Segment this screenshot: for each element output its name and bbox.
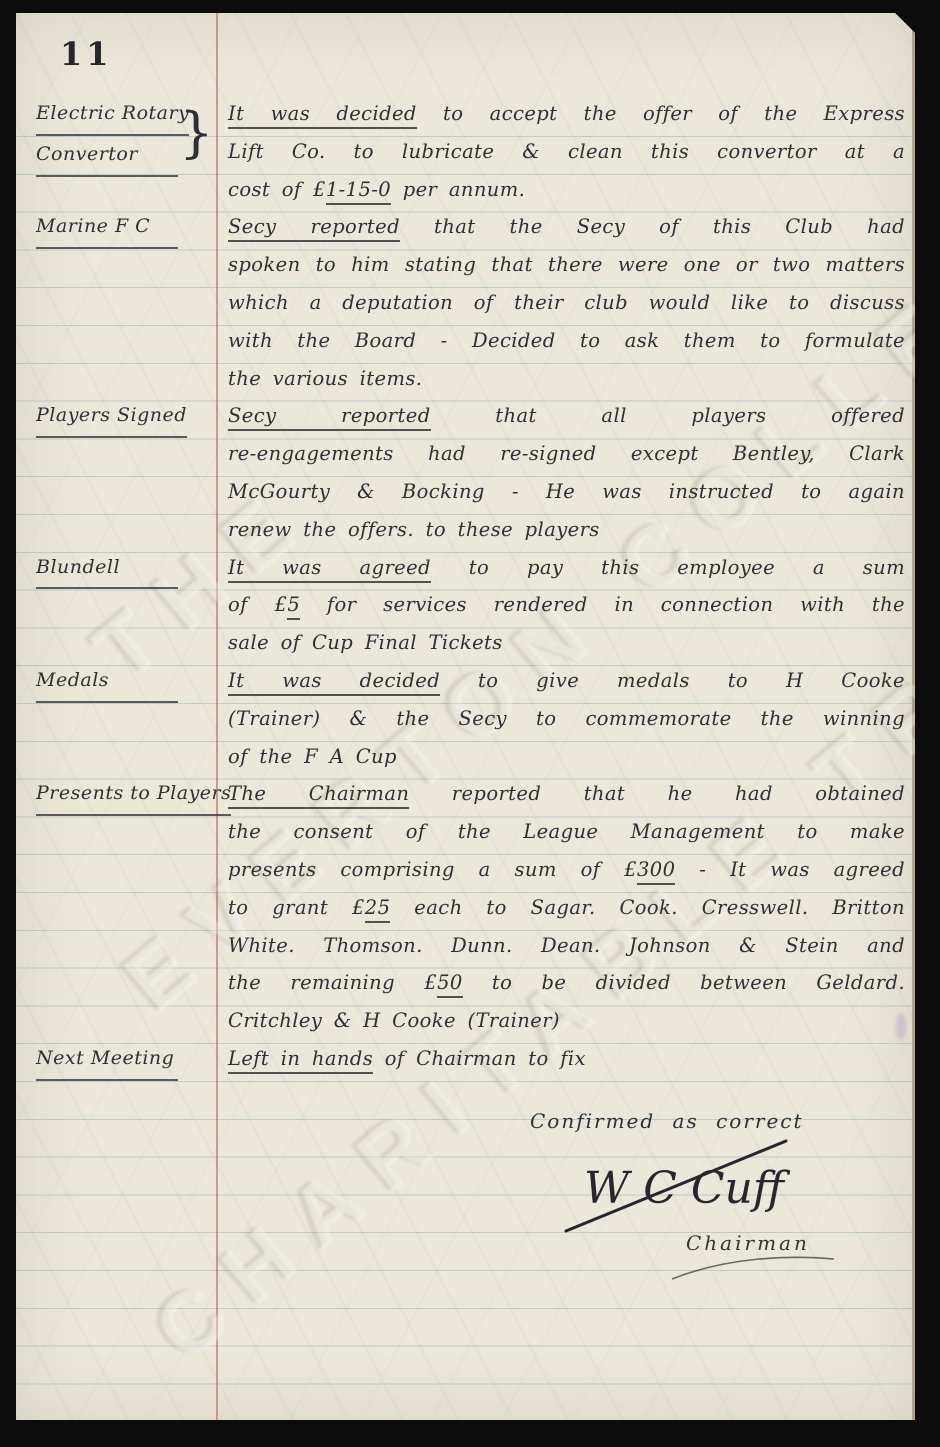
body-line: with the Board - Decided to ask them to … bbox=[228, 322, 905, 360]
heading-brace: } bbox=[179, 101, 214, 165]
signature-text: W C Cuff bbox=[584, 1163, 791, 1214]
entry-heading-line: Players Signed bbox=[36, 397, 187, 438]
entry-heading-line: Medals bbox=[36, 662, 178, 703]
text-segment: 300 bbox=[637, 858, 675, 885]
text-segment: It was decided bbox=[228, 102, 417, 129]
minute-entry: MedalsIt was decided to give medals to H… bbox=[16, 662, 905, 775]
body-line: sale of Cup Final Tickets bbox=[228, 624, 905, 662]
body-line: the various items. bbox=[228, 360, 905, 398]
entry-heading-line: Marine F C bbox=[36, 208, 178, 249]
body-line: Left in hands of Chairman to fix bbox=[228, 1040, 905, 1078]
body-line: which a deputation of their club would l… bbox=[228, 284, 905, 322]
body-line: presents comprising a sum of £300 - It w… bbox=[228, 851, 905, 889]
text-segment: Secy reported bbox=[228, 215, 400, 242]
text-segment: that all players offered bbox=[431, 404, 905, 427]
text-segment: with the Board - Decided to ask them to … bbox=[228, 329, 905, 352]
body-line: of the F A Cup bbox=[228, 738, 905, 776]
body-line: It was decided to give medals to H Cooke bbox=[228, 662, 905, 700]
minute-entry: Next MeetingLeft in hands of Chairman to… bbox=[16, 1040, 905, 1081]
text-segment: to be divided between Geldard. bbox=[463, 971, 905, 994]
minute-entry: Presents to PlayersThe Chairman reported… bbox=[16, 775, 905, 1040]
text-segment: Secy reported bbox=[228, 404, 431, 431]
body-line: Critchley & H Cooke (Trainer) bbox=[228, 1002, 905, 1040]
text-segment: cost of £ bbox=[228, 178, 326, 201]
entry-body: Secy reported that the Secy of this Club… bbox=[216, 208, 905, 397]
entry-heading-row: Presents to Players bbox=[36, 775, 216, 816]
entry-heading: Next Meeting bbox=[16, 1040, 216, 1081]
chairman-row: Chairman bbox=[686, 1231, 886, 1255]
text-segment: re-engagements had re-signed except Bent… bbox=[228, 442, 905, 465]
text-segment: per annum. bbox=[391, 178, 525, 201]
ink-smudge bbox=[896, 1013, 906, 1041]
minute-entry: BlundellIt was agreed to pay this employ… bbox=[16, 549, 905, 662]
text-segment: sale of Cup Final Tickets bbox=[228, 631, 503, 654]
chairman-underline-flourish bbox=[668, 1253, 838, 1283]
entry-heading-row: Blundell bbox=[36, 549, 216, 590]
text-segment: 25 bbox=[365, 896, 391, 923]
entry-heading-row: Medals bbox=[36, 662, 216, 703]
text-segment: reported that he had obtained bbox=[409, 782, 905, 805]
text-segment: to pay this employee a sum bbox=[431, 556, 905, 579]
text-segment: White. Thomson. Dunn. Dean. Johnson & St… bbox=[228, 934, 905, 957]
body-line: the remaining £50 to be divided between … bbox=[228, 964, 905, 1002]
text-segment: spoken to him stating that there were on… bbox=[228, 253, 905, 276]
confirmation-statement: Confirmed as correct bbox=[516, 1109, 886, 1133]
confirmation-block: Confirmed as correct W C Cuff Chairman bbox=[516, 1109, 886, 1255]
text-segment: It was agreed bbox=[228, 556, 431, 583]
body-line: Secy reported that the Secy of this Club… bbox=[228, 208, 905, 246]
entry-heading: Medals bbox=[16, 662, 216, 703]
text-segment: presents comprising a sum of £ bbox=[228, 858, 637, 881]
entry-heading: Presents to Players bbox=[16, 775, 216, 816]
entry-heading-row: Next Meeting bbox=[36, 1040, 216, 1081]
entry-heading: Blundell bbox=[16, 549, 216, 590]
body-line: It was agreed to pay this employee a sum bbox=[228, 549, 905, 587]
text-segment: that the Secy of this Club had bbox=[400, 215, 905, 238]
text-segment: the various items. bbox=[228, 367, 422, 390]
entries: Electric RotaryConvertor}It was decided … bbox=[16, 95, 905, 1081]
body-line: cost of £1-15-0 per annum. bbox=[228, 171, 905, 209]
text-segment: 50 bbox=[437, 971, 463, 998]
text-segment: (Trainer) & the Secy to commemorate the … bbox=[228, 707, 905, 730]
body-line: the consent of the League Management to … bbox=[228, 813, 905, 851]
text-segment: of the F A Cup bbox=[228, 745, 397, 768]
entry-body: Left in hands of Chairman to fix bbox=[216, 1040, 905, 1078]
entry-body: It was decided to give medals to H Cooke… bbox=[216, 662, 905, 775]
minute-entry: Electric RotaryConvertor}It was decided … bbox=[16, 95, 905, 208]
text-segment: which a deputation of their club would l… bbox=[228, 291, 905, 314]
text-segment: The Chairman bbox=[228, 782, 409, 809]
entry-heading-line: Presents to Players bbox=[36, 775, 231, 816]
entry-heading-line: Electric Rotary bbox=[36, 95, 189, 136]
chairman-signature: W C Cuff bbox=[562, 1135, 797, 1237]
body-line: to grant £25 each to Sagar. Cook. Cressw… bbox=[228, 889, 905, 927]
body-line: re-engagements had re-signed except Bent… bbox=[228, 435, 905, 473]
entry-heading-line: Next Meeting bbox=[36, 1040, 178, 1081]
text-segment: of £ bbox=[228, 593, 287, 616]
text-segment: McGourty & Bocking - He was instructed t… bbox=[228, 480, 905, 503]
text-segment: It was decided bbox=[228, 669, 440, 696]
entry-heading-row: Players Signed bbox=[36, 397, 216, 438]
text-segment: 1-15-0 bbox=[326, 178, 391, 205]
body-line: (Trainer) & the Secy to commemorate the … bbox=[228, 700, 905, 738]
page-number: 11 bbox=[60, 35, 113, 73]
entry-heading: Marine F C bbox=[16, 208, 216, 249]
text-segment: for services rendered in connection with… bbox=[300, 593, 905, 616]
chairman-label: Chairman bbox=[686, 1231, 810, 1255]
text-segment: the remaining £ bbox=[228, 971, 437, 994]
body-line: McGourty & Bocking - He was instructed t… bbox=[228, 473, 905, 511]
body-line: of £5 for services rendered in connectio… bbox=[228, 586, 905, 624]
body-line: White. Thomson. Dunn. Dean. Johnson & St… bbox=[228, 927, 905, 965]
minute-book-page: THE EVERTON COLLECTION CHARITABLE TRUST … bbox=[16, 13, 915, 1420]
text-segment: 5 bbox=[287, 593, 300, 620]
body-line: spoken to him stating that there were on… bbox=[228, 246, 905, 284]
minute-entry: Players SignedSecy reported that all pla… bbox=[16, 397, 905, 548]
text-segment: to accept the offer of the Express bbox=[417, 102, 905, 125]
text-segment: to grant £ bbox=[228, 896, 365, 919]
body-line: The Chairman reported that he had obtain… bbox=[228, 775, 905, 813]
text-segment: the consent of the League Management to … bbox=[228, 820, 905, 843]
text-segment: of Chairman to fix bbox=[373, 1047, 586, 1070]
text-segment: to give medals to H Cooke bbox=[440, 669, 905, 692]
entry-body: Secy reported that all players offeredre… bbox=[216, 397, 905, 548]
body-line: renew the offers. to these players bbox=[228, 511, 905, 549]
text-segment: renew the offers. to these players bbox=[228, 518, 600, 541]
text-segment: Lift Co. to lubricate & clean this conve… bbox=[228, 140, 905, 163]
entry-body: It was decided to accept the offer of th… bbox=[216, 95, 905, 208]
entry-heading-line: Blundell bbox=[36, 549, 178, 590]
entry-body: The Chairman reported that he had obtain… bbox=[216, 775, 905, 1040]
text-segment: each to Sagar. Cook. Cresswell. Britton bbox=[390, 896, 905, 919]
entry-heading: Electric RotaryConvertor} bbox=[16, 95, 216, 177]
entry-heading-line: Convertor bbox=[36, 136, 178, 177]
body-line: It was decided to accept the offer of th… bbox=[228, 95, 905, 133]
entry-body: It was agreed to pay this employee a sum… bbox=[216, 549, 905, 662]
text-segment: Critchley & H Cooke (Trainer) bbox=[228, 1009, 560, 1032]
text-segment: - It was agreed bbox=[675, 858, 905, 881]
body-line: Lift Co. to lubricate & clean this conve… bbox=[228, 133, 905, 171]
entry-heading: Players Signed bbox=[16, 397, 216, 438]
body-line: Secy reported that all players offered bbox=[228, 397, 905, 435]
entry-heading-row: Marine F C bbox=[36, 208, 216, 249]
text-segment: Left in hands bbox=[228, 1047, 373, 1074]
minute-entry: Marine F CSecy reported that the Secy of… bbox=[16, 208, 905, 397]
